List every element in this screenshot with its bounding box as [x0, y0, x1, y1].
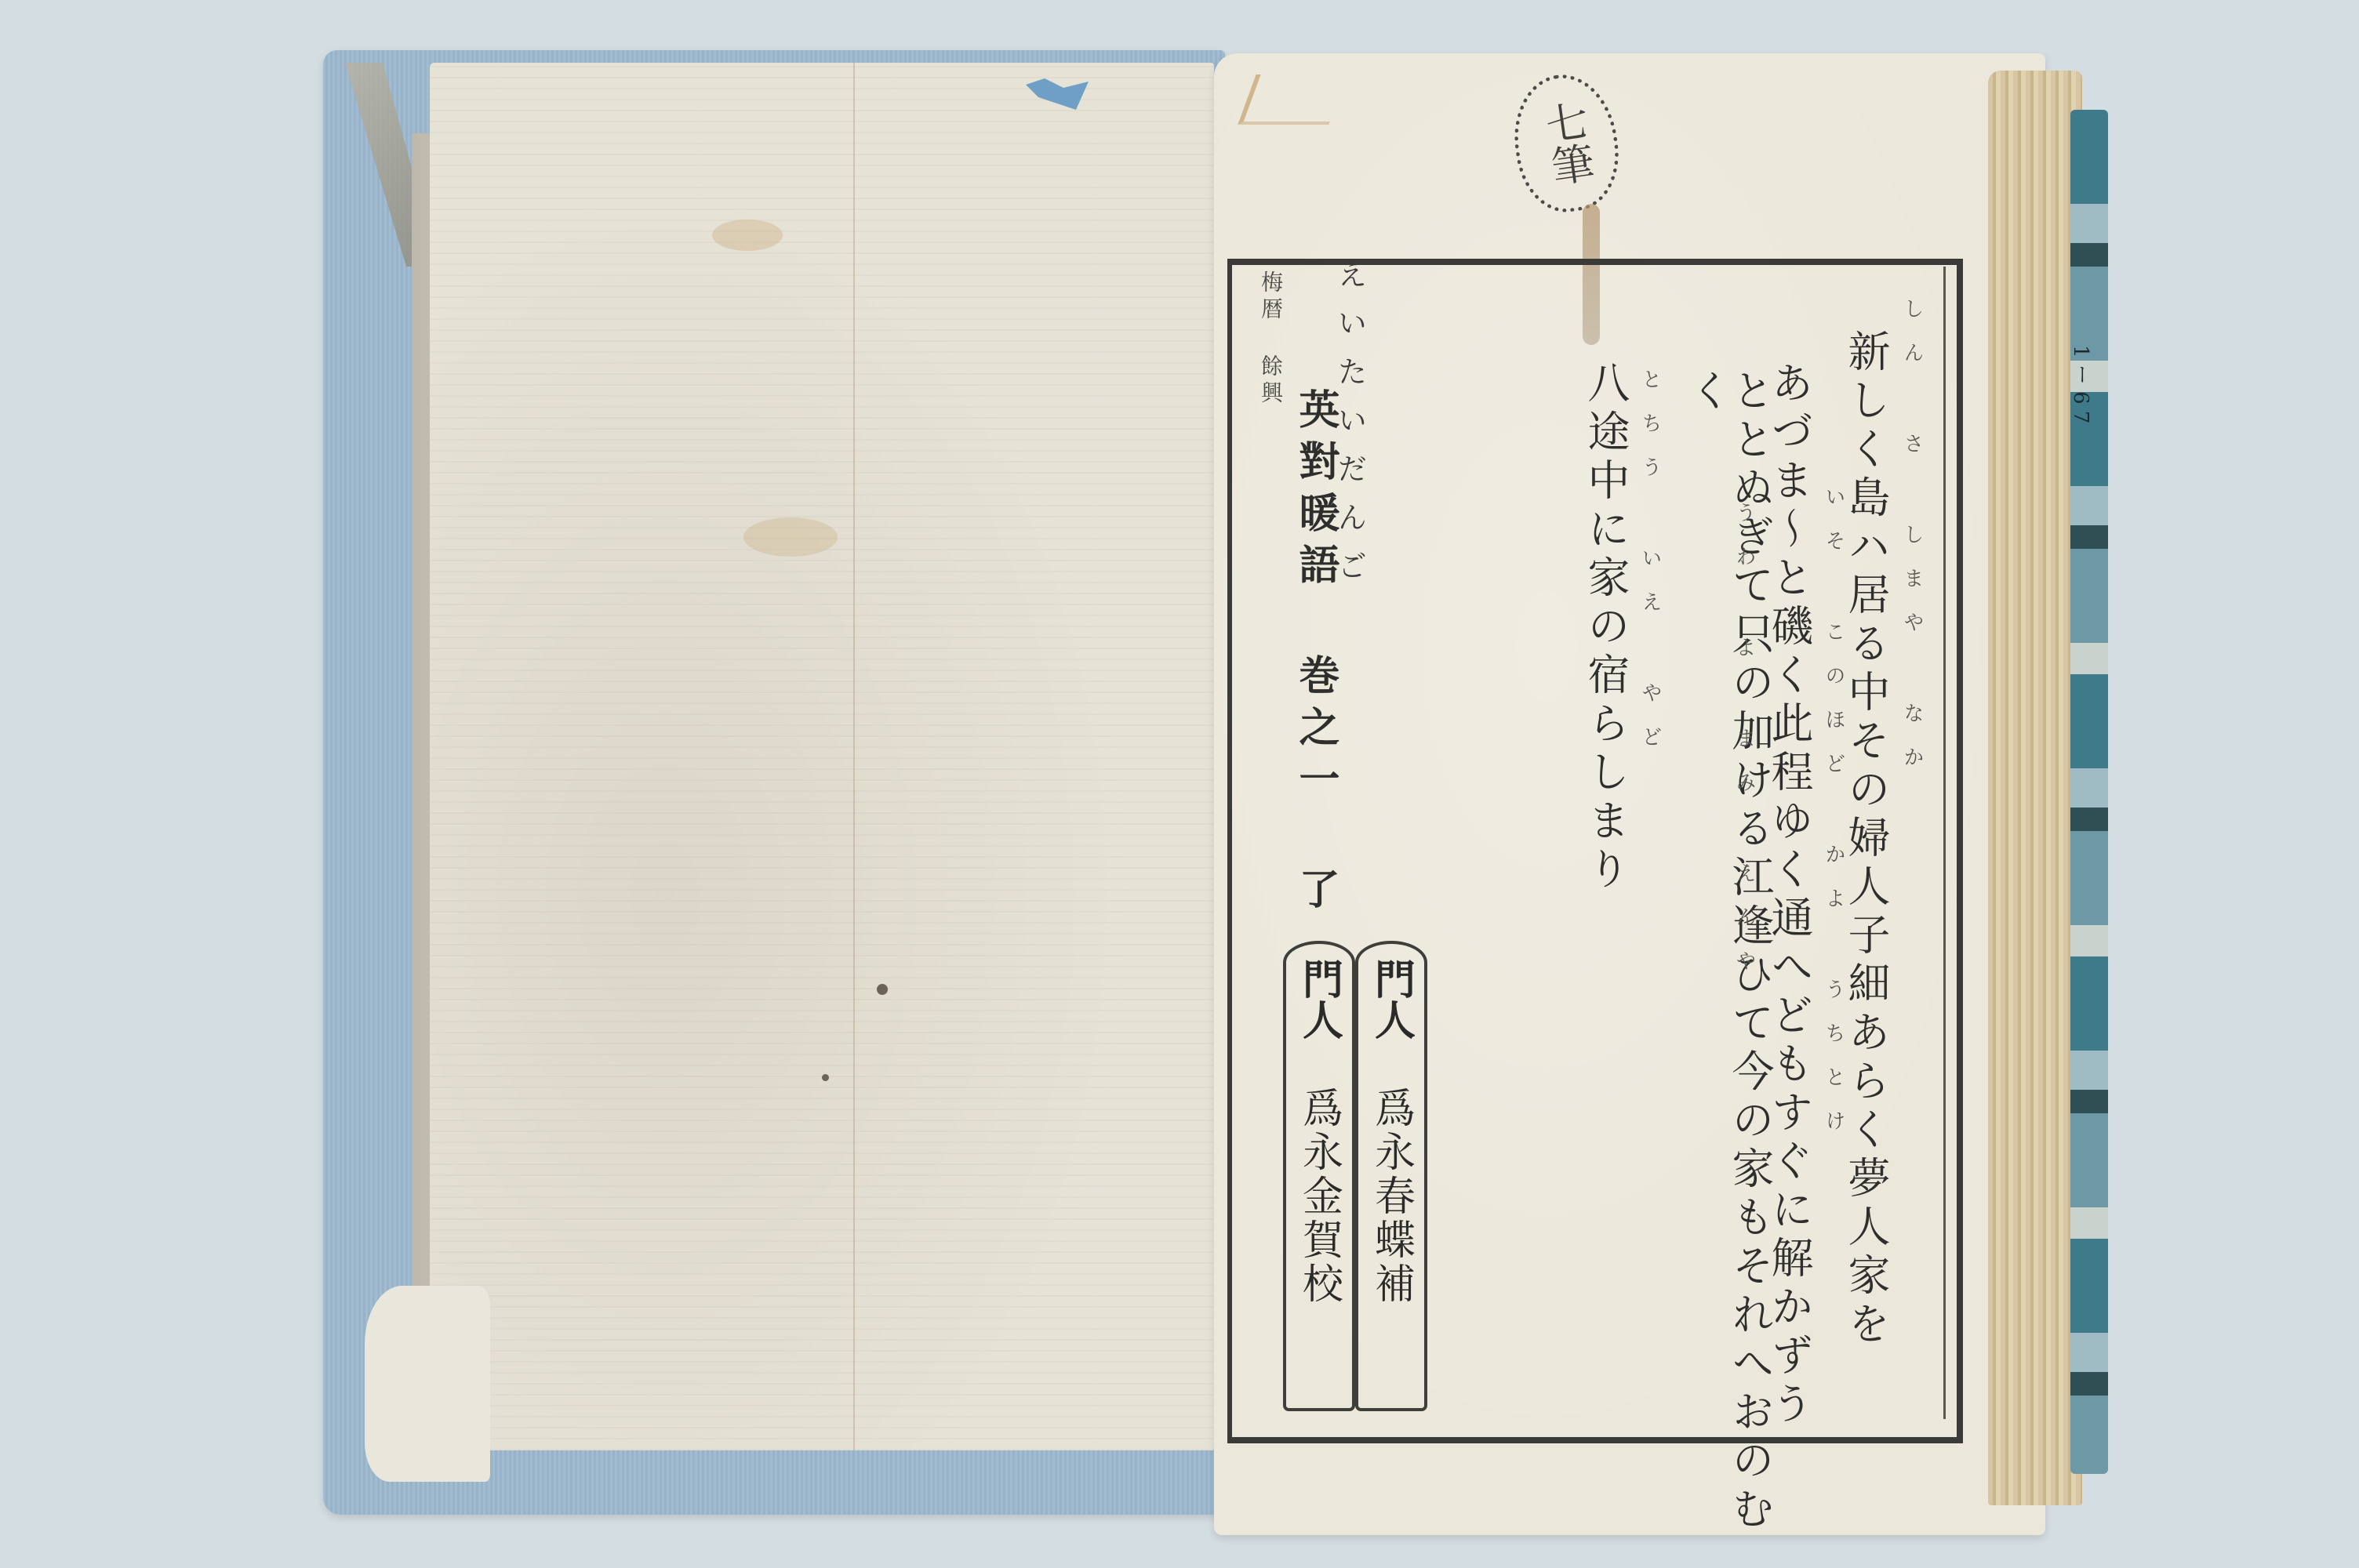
title-ruby: えいたいだんご: [1329, 259, 1372, 599]
ruby-column: しん さ しまや なか: [1898, 298, 1927, 790]
left-endpaper: [430, 63, 1214, 1450]
credit-role: 門人: [1290, 958, 1349, 1040]
credit-role: 門人: [1362, 958, 1421, 1040]
corner-stain: [1238, 74, 1347, 125]
ruby-column: うわ よ まみ えんや: [1730, 502, 1759, 994]
blue-cover-fragment: [1026, 78, 1089, 110]
wormhole: [822, 1074, 829, 1081]
credit-name: 爲永金賀校: [1290, 1087, 1349, 1306]
text-column: 新しく島ハ居る中その婦人子細あらく夢人家を: [1845, 329, 1887, 1350]
text-column: 八途中に家の宿らしまり: [1584, 361, 1627, 895]
credit-name: 爲永春蝶補: [1362, 1087, 1421, 1306]
title-header-small: 梅暦 餘興: [1255, 270, 1286, 408]
wormhole: [877, 984, 888, 995]
title-volume: 巻之一: [1292, 654, 1339, 809]
page-crease: [853, 63, 855, 1450]
title-suffix: 了: [1292, 868, 1339, 920]
stain: [712, 220, 783, 251]
fore-edge: [1988, 71, 2082, 1505]
credit-cartouche: 門人 爲永春蝶補: [1355, 941, 1427, 1411]
torn-paper-patch: [365, 1286, 490, 1482]
stain: [743, 517, 838, 557]
open-book: 1 ー 6 7 七筆 梅暦 餘興 英對暖語 巻之一 了 えいたいだんご 新しく島…: [0, 0, 2359, 1568]
fore-edge-label: 1 ー 6 7: [2072, 345, 2095, 423]
credit-cartouche: 門人 爲永金賀校: [1283, 941, 1355, 1411]
frame-rule: [1943, 267, 1946, 1419]
ruby-column: とちう いえ やど: [1636, 368, 1665, 770]
patterned-back-cover-edge: [2070, 110, 2108, 1474]
ruby-column: いそ このほど かよ うちとけ: [1819, 486, 1848, 1154]
